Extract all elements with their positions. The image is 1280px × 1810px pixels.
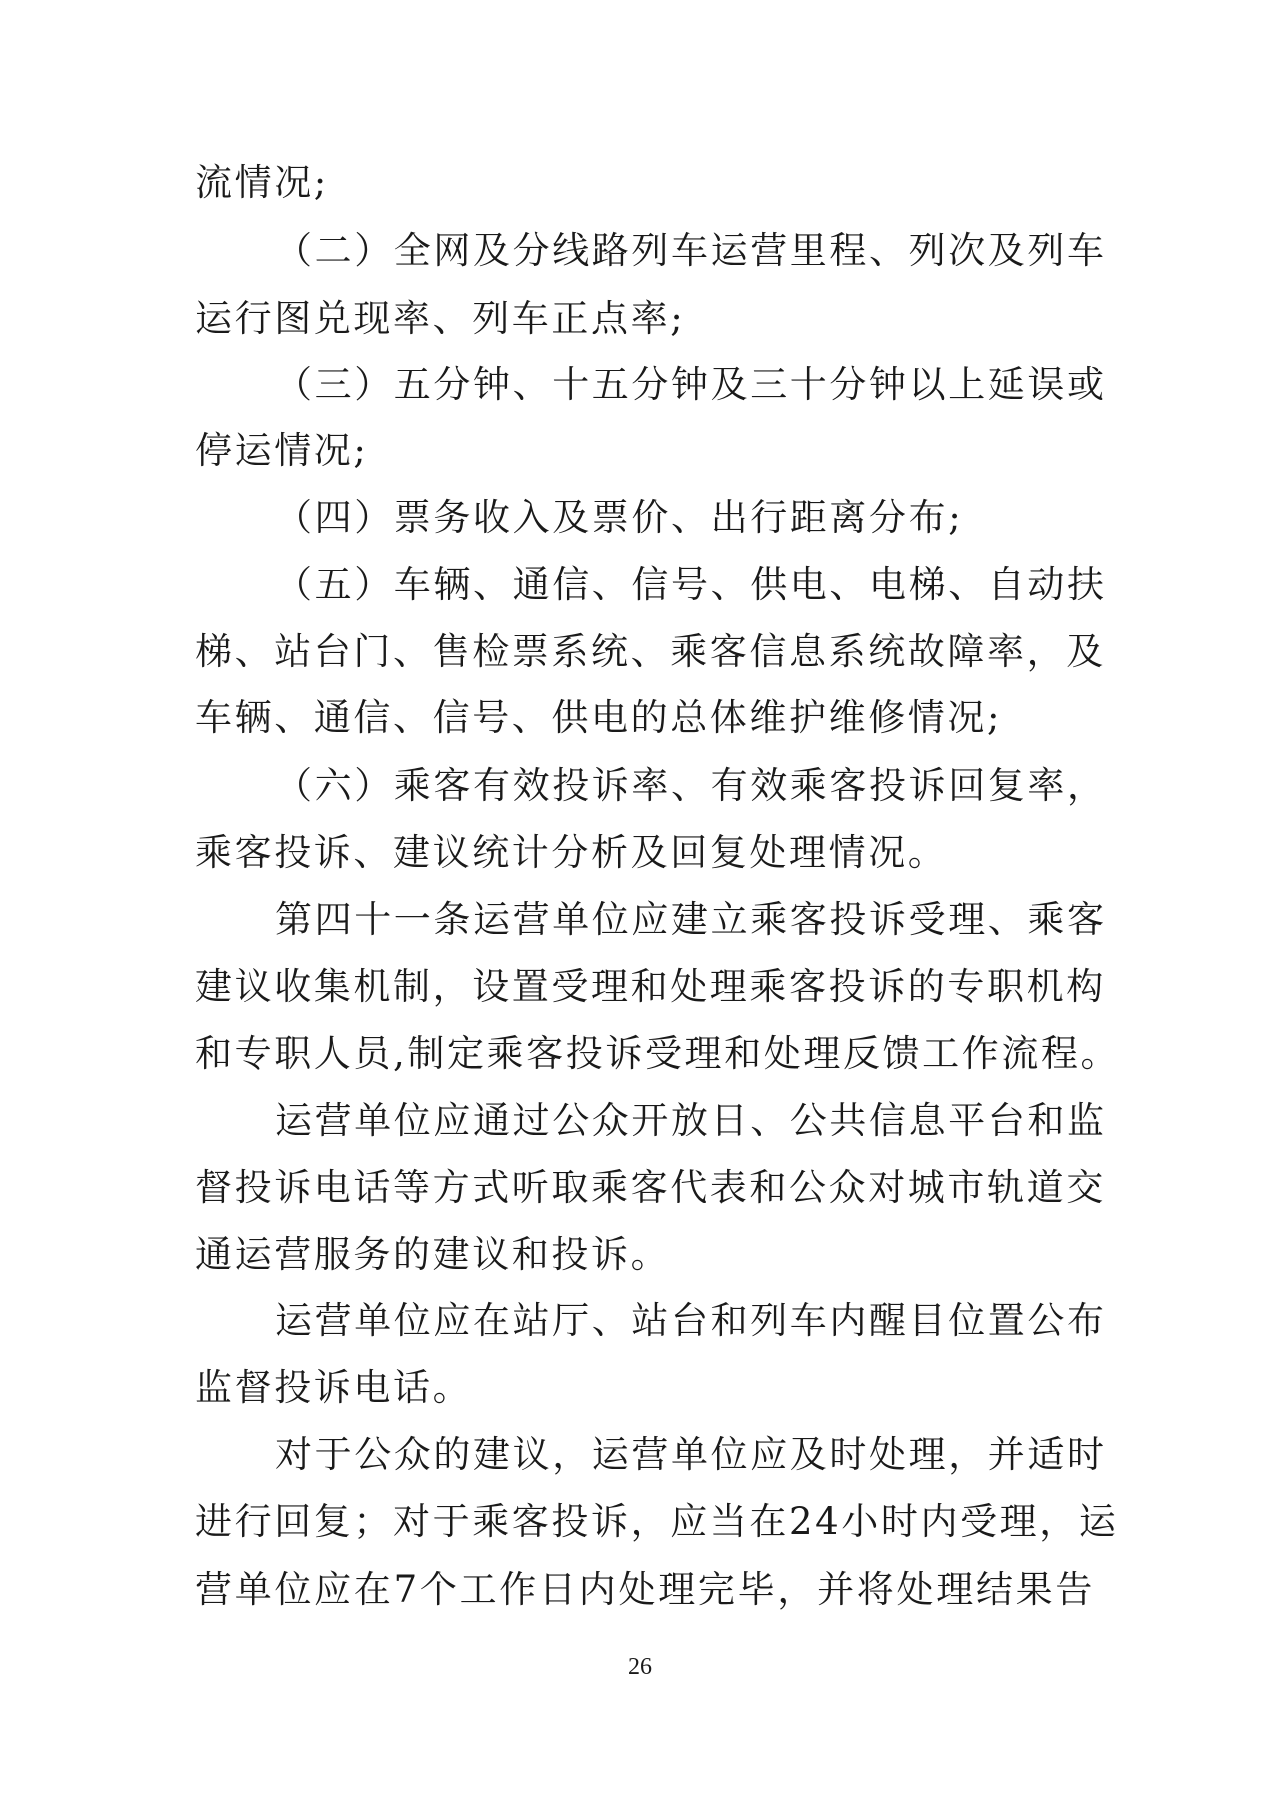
list-item-5: （五）车辆、通信、信号、供电、电梯、自动扶 [275,560,1095,610]
text-line: 督投诉电话等方式听取乘客代表和公众对城市轨道交 [195,1163,1095,1213]
text-line: 车辆、通信、信号、供电的总体维护维修情况; [195,693,1095,743]
text-line: 梯、站台门、售检票系统、乘客信息系统故障率，及 [195,627,1095,677]
text-line: 乘客投诉、建议统计分析及回复处理情况。 [195,828,1095,878]
text-line: 建议收集机制，设置受理和处理乘客投诉的专职机构 [195,962,1095,1012]
text-line: 营单位应在7个工作日内处理完毕，并将处理结果告 [195,1565,1095,1615]
page-number: 26 [0,1652,1280,1682]
paragraph-start: 运营单位应在站厅、站台和列车内醒目位置公布 [275,1296,1095,1346]
paragraph-start: 对于公众的建议，运营单位应及时处理，并适时 [275,1430,1095,1480]
text-line: 通运营服务的建议和投诉。 [195,1230,1095,1280]
article-41-heading: 第四十一条运营单位应建立乘客投诉受理、乘客 [275,895,1095,945]
text-line: 运行图兑现率、列车正点率; [195,294,1095,344]
text-line: 流情况; [195,158,1095,208]
list-item-2: （二）全网及分线路列车运营里程、列次及列车 [275,226,1095,276]
document-page: 流情况; （二）全网及分线路列车运营里程、列次及列车 运行图兑现率、列车正点率;… [0,0,1280,1810]
text-line: 进行回复；对于乘客投诉，应当在24小时内受理，运 [195,1497,1095,1547]
text-line: 监督投诉电话。 [195,1363,1095,1413]
text-line: 和专职人员,制定乘客投诉受理和处理反馈工作流程。 [195,1029,1095,1079]
list-item-6: （六）乘客有效投诉率、有效乘客投诉回复率， [275,761,1095,811]
text-line: 停运情况; [195,426,1095,476]
paragraph-start: 运营单位应通过公众开放日、公共信息平台和监 [275,1096,1095,1146]
list-item-4: （四）票务收入及票价、出行距离分布; [275,493,1095,543]
list-item-3: （三）五分钟、十五分钟及三十分钟以上延误或 [275,360,1095,410]
